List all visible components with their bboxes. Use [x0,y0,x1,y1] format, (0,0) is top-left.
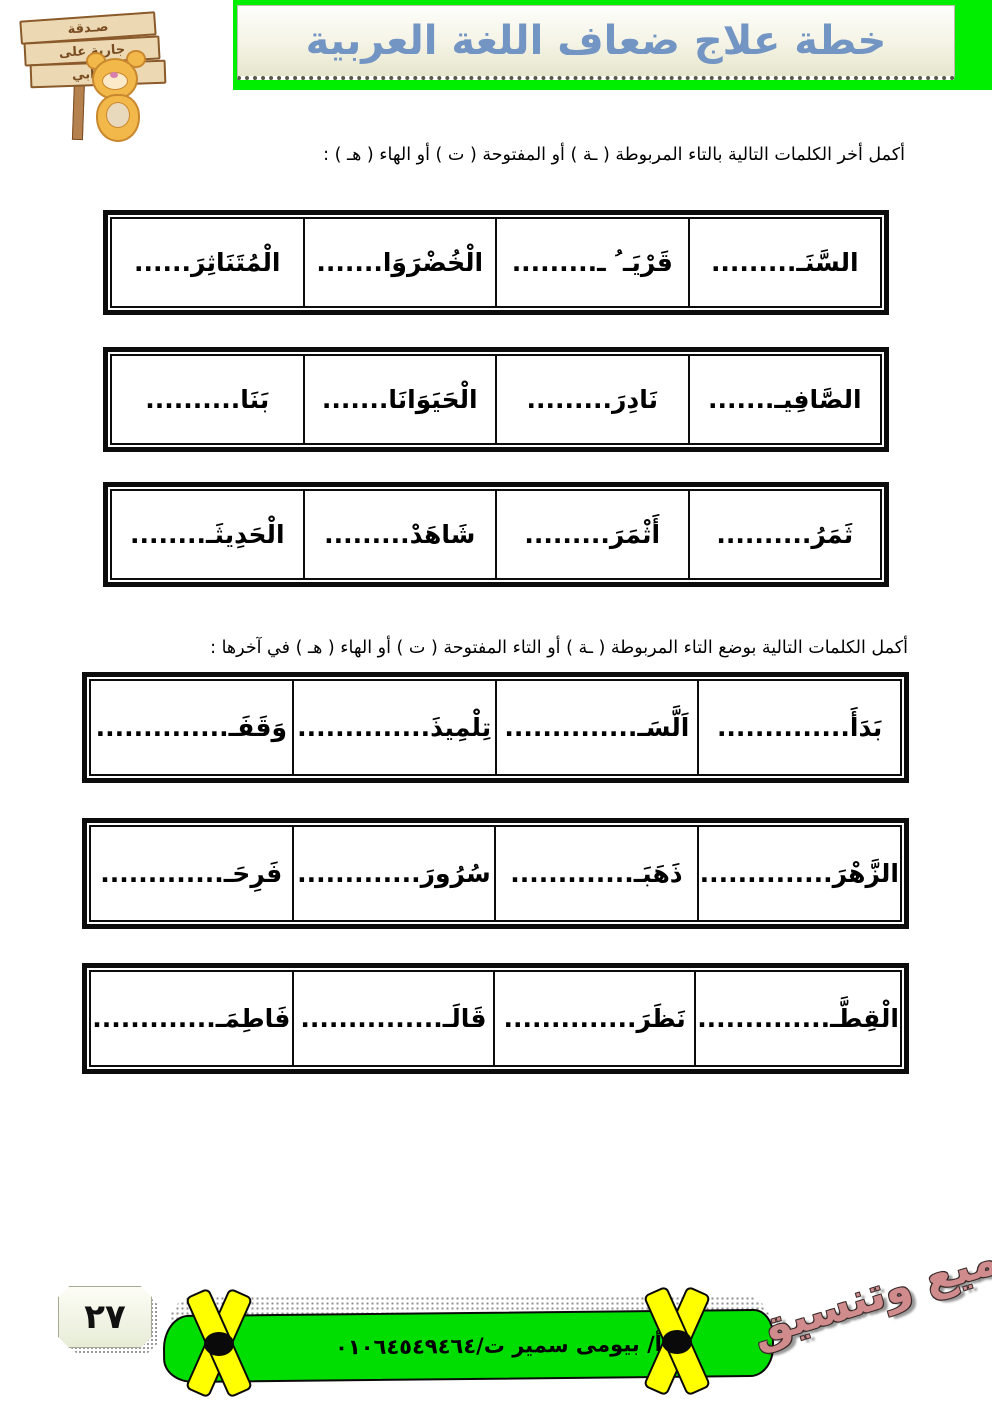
bear-belly-icon [106,102,130,128]
word-cell: اَلَّسَـ.............. [496,680,699,775]
word-cell: الْقِطَّـ.............. [695,971,901,1066]
word-cell: سُرُورَ............. [293,826,496,921]
word-table-5: الزَّهْرَ.............. ذَهَبَـ.........… [82,818,909,929]
instruction-2: أكمل الكلمات التالية بوضع التاء المربوطة… [210,638,908,658]
header-banner: خطة علاج ضعاف اللغة العربية [233,0,992,90]
word-cell: الْخُضْرَوَا....... [304,218,497,307]
word-cell: شَاهَدْ......... [304,490,497,579]
word-table-2: الصَّافِيـ....... نَادِرَ......... الْحَ… [103,347,889,452]
ribbon-bow-icon [180,1288,258,1400]
word-cell: قَالَـ............... [293,971,494,1066]
word-cell: الزَّهْرَ.............. [698,826,901,921]
word-cell: الْحَيَوَانَا....... [304,355,497,444]
word-cell: نَظَرَ.............. [494,971,695,1066]
instruction-1: أكمل أخر الكلمات التالية بالتاء المربوطة… [323,145,905,165]
cartoon-bear-sign: صـدقة جارية على روح أبي [8,6,178,146]
word-cell: وَقَفَـ.............. [90,680,293,775]
ribbon-bow-icon [638,1286,716,1398]
word-cell: ثَمَرُ.......... [689,490,882,579]
word-cell: السَّنَـ......... [689,218,882,307]
watermark-text: تجميع وتنسيق [751,1218,992,1354]
word-cell: فَرِحَـ............. [90,826,293,921]
page-title: خطة علاج ضعاف اللغة العربية [306,18,887,64]
word-cell: الْمُتَنَاثِرَ...... [111,218,304,307]
author-credit: أ/ بيومى سمير ت/٠١٠٦٤٥٤٩٤٦٤ [275,1332,662,1360]
worksheet-page: خطة علاج ضعاف اللغة العربية صـدقة جارية … [0,0,992,1403]
word-cell: تِلْمِيذَ.............. [293,680,496,775]
word-cell: الصَّافِيـ....... [689,355,882,444]
word-cell: الْحَدِيثَـ........ [111,490,304,579]
word-cell: فَاطِمَـ............. [90,971,293,1066]
word-cell: نَادِرَ......... [496,355,689,444]
word-cell: قَرْيَـ ُ ـ......... [496,218,689,307]
word-cell: بَنَا.......... [111,355,304,444]
word-table-4: بَدَأَ.............. اَلَّسَـ...........… [82,672,909,783]
title-box: خطة علاج ضعاف اللغة العربية [237,5,955,80]
word-table-3: ثَمَرُ.......... أَثْمَرَ......... شَاهَ… [103,482,889,587]
word-table-1: السَّنَـ......... قَرْيَـ ُ ـ......... ا… [103,210,889,315]
word-cell: ذَهَبَـ............. [495,826,697,921]
bear-nose-icon [110,72,118,78]
word-table-6: الْقِطَّـ.............. نَظَرَ..........… [82,963,909,1074]
page-number-badge: ٢٧ [58,1286,152,1348]
word-cell: أَثْمَرَ......... [496,490,689,579]
word-cell: بَدَأَ.............. [698,680,901,775]
